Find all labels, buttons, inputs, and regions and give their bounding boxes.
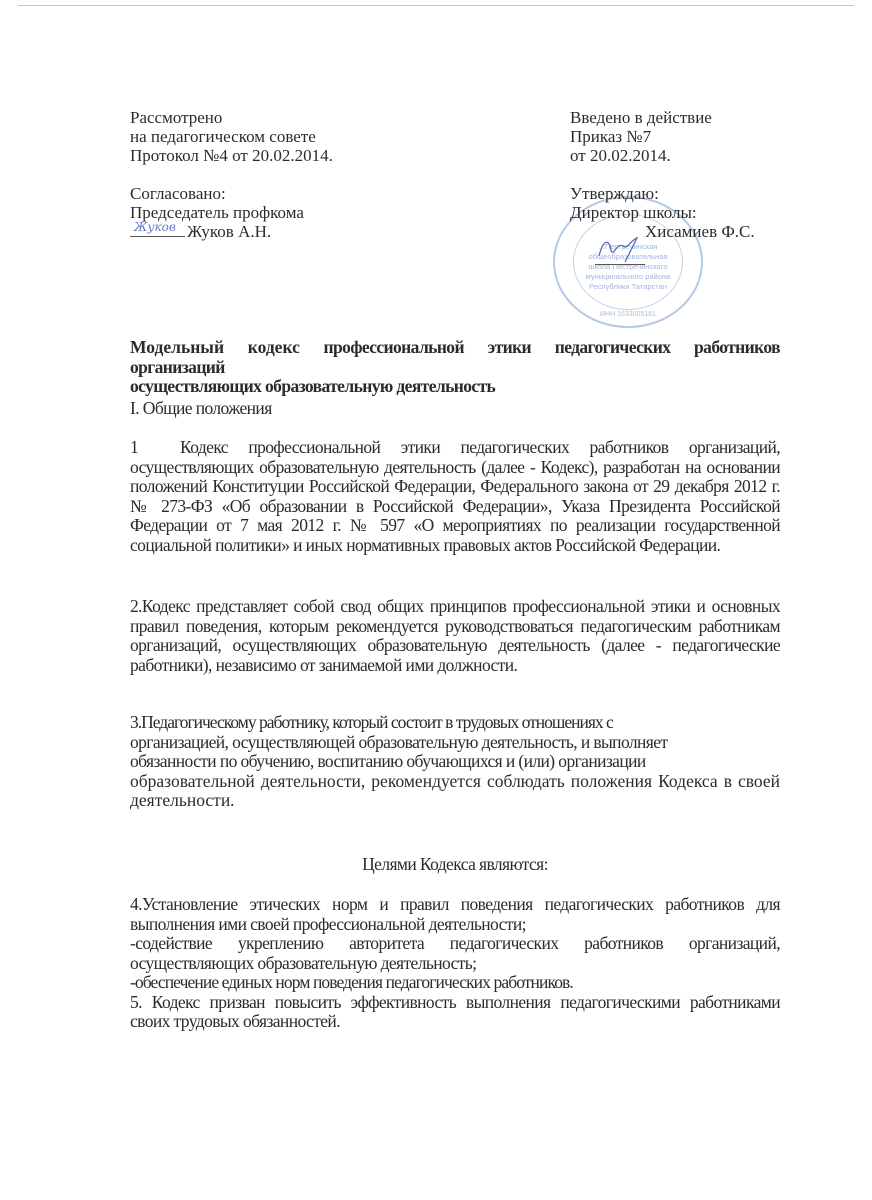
scan-edge-line <box>18 5 854 6</box>
protocol-number: Протокол №4 от 20.02.2014. <box>130 146 333 165</box>
paragraph-4: 4.Установление этических норм и правил п… <box>130 895 780 934</box>
review-approval-block: Рассмотрено на педагогическом совете Про… <box>130 108 333 241</box>
paragraph-3: 3.Педагогическому работнику, который сос… <box>130 713 780 811</box>
signature-line: Жуков <box>130 222 185 237</box>
order-date: от 20.02.2014. <box>570 146 755 165</box>
seal-inn: ИНН 1633005161 <box>555 311 701 318</box>
handwritten-signature: Жуков <box>134 218 176 237</box>
director-signature <box>595 240 645 265</box>
paragraph-1: 1Кодекс профессиональной этики педагогич… <box>130 438 780 555</box>
order-number: Приказ №7 <box>570 127 755 146</box>
title-line-2: организаций <box>130 358 780 378</box>
director-name: Хисамиев Ф.С. <box>570 222 755 241</box>
title-line-1: Модельный кодекс профессиональной этики … <box>130 338 780 358</box>
enacted-label: Введено в действие <box>570 108 755 127</box>
pedagogical-council-label: на педагогическом совете <box>130 127 333 146</box>
goal-bullet-1: -содействие укреплению авторитета педаго… <box>130 934 780 973</box>
section-heading: I. Общие положения <box>130 399 780 419</box>
union-chair-name: Жуков А.Н. <box>187 222 271 241</box>
document-title: Модельный кодекс профессиональной этики … <box>130 338 780 397</box>
paragraph-5: 5. Кодекс призван повысить эффективность… <box>130 993 780 1032</box>
title-line-3: осуществляющих образовательную деятельно… <box>130 377 780 397</box>
paragraph-2: 2.Кодекс представляет собой свод общих п… <box>130 597 780 675</box>
paragraph-4-block: 4.Установление этических норм и правил п… <box>130 895 780 1032</box>
paragraph-number: 1 <box>130 438 180 458</box>
approve-label: Утверждаю: <box>570 184 755 203</box>
union-chair-signature-line: ЖуковЖуков А.Н. <box>130 222 333 241</box>
agreed-label: Согласовано: <box>130 184 333 203</box>
director-label: Директор школы: <box>570 203 755 222</box>
goal-bullet-2: -обеспечение единых норм поведения педаг… <box>130 973 780 993</box>
enactment-block: Введено в действие Приказ №7 от 20.02.20… <box>570 108 755 241</box>
reviewed-label: Рассмотрено <box>130 108 333 127</box>
scan-mark: , <box>746 603 749 615</box>
goals-heading: Целями Кодекса являются: <box>130 855 780 875</box>
